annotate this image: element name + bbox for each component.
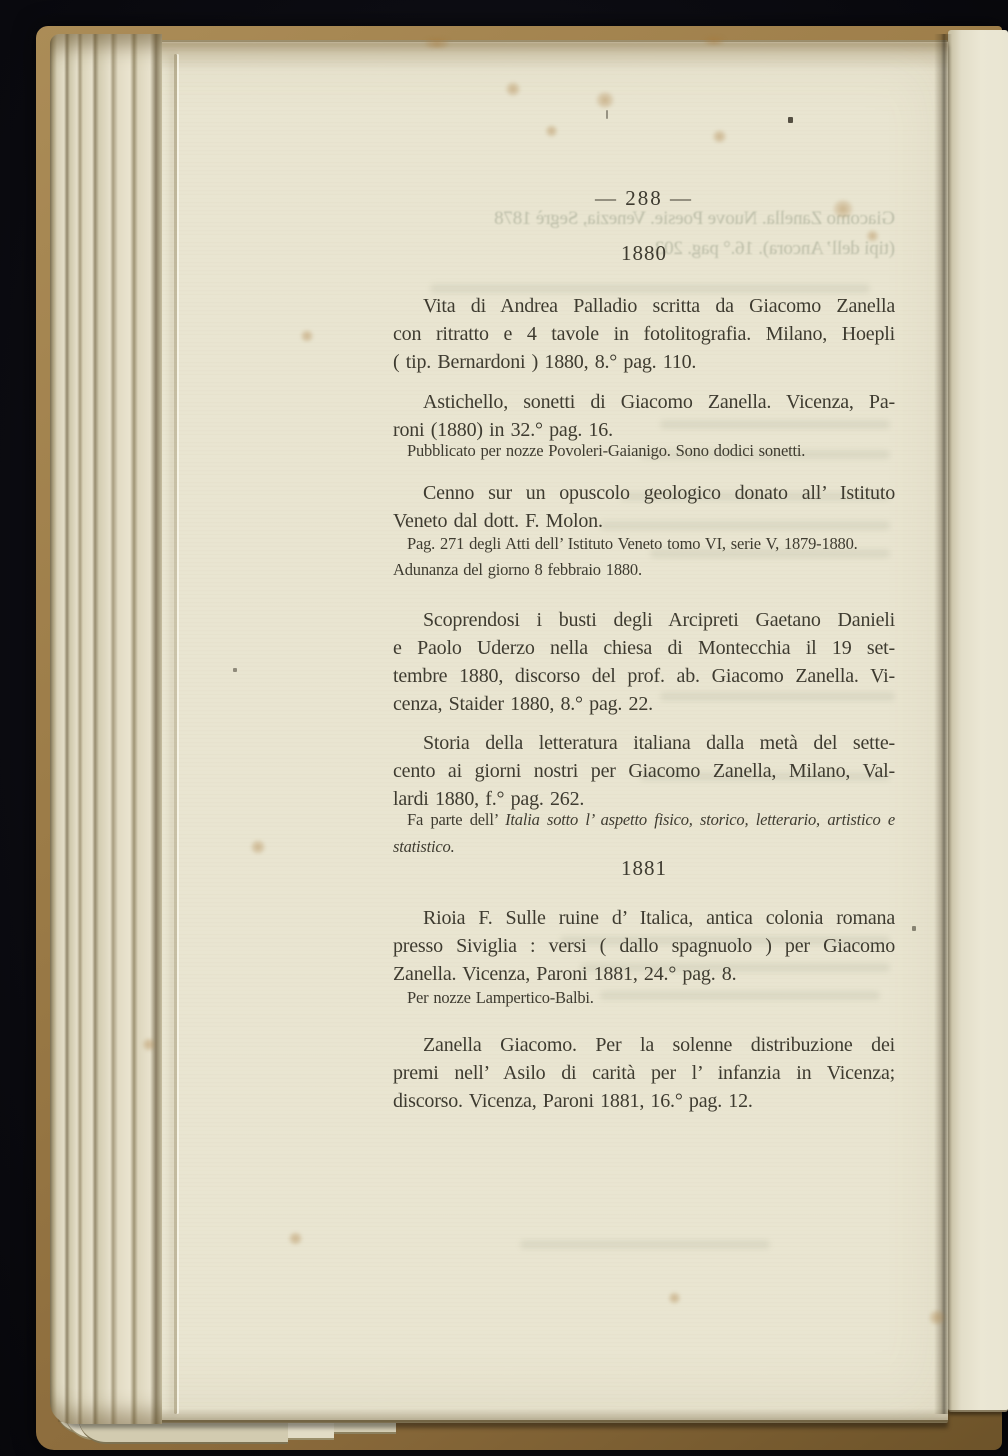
entry-line: con ritratto e 4 tavole in fotolitografi…: [393, 320, 895, 348]
entry-note: Pag. 271 degli Atti dell’ Istituto Venet…: [393, 531, 895, 583]
page-number: — 288 —: [393, 186, 895, 211]
foxing-spot: [668, 1292, 681, 1304]
note-line: Pag. 271 degli Atti dell’ Istituto Venet…: [393, 531, 895, 557]
year-heading-1880: 1880: [393, 241, 895, 266]
year-heading-1881: 1881: [393, 856, 895, 881]
entry-line: Scoprendosi i busti degli Arcipreti Gaet…: [393, 606, 895, 634]
foxing-spot: [142, 1038, 156, 1051]
ink-speck: [233, 668, 237, 672]
foxing-spot: [420, 38, 454, 48]
entry-line: Cenno sur un opuscolo geologico donato a…: [393, 479, 895, 507]
ink-speck: [912, 926, 916, 931]
foxing-spot: [928, 1310, 946, 1325]
entry-line: cento ai giorni nostri per Giacomo Zanel…: [393, 757, 895, 785]
foxing-spot: [505, 82, 521, 96]
foxing-spot: [300, 330, 314, 342]
entry-line: e Paolo Uderzo nella chiesa di Montecchi…: [393, 634, 895, 662]
foxing-spot: [545, 125, 558, 137]
next-page-edge: [948, 30, 1008, 1412]
entry-line: discorso. Vicenza, Paroni 1881, 16.° pag…: [393, 1087, 895, 1115]
bibliography-entry: Zanella Giacomo. Per la solenne distribu…: [393, 1031, 895, 1115]
entry-note: Fa parte dell’ Italia sotto l’ aspetto f…: [393, 806, 895, 860]
bibliography-entry: Storia della letteratura italiana dalla …: [393, 729, 895, 813]
note-text: Fa parte dell’: [407, 810, 505, 829]
foxing-spot: [250, 840, 266, 854]
foxing-spot: [712, 130, 727, 143]
bibliography-entry: Astichello, sonetti di Giacomo Zanella. …: [393, 388, 895, 444]
ink-speck: [788, 117, 793, 123]
entry-line: premi nell’ Asilo di carità per l’ infan…: [393, 1059, 895, 1087]
note-line: Per nozze Lampertico-Balbi.: [393, 985, 895, 1011]
torn-deckle-edge: [174, 54, 177, 1414]
entry-line: tembre 1880, discorso del prof. ab. Giac…: [393, 662, 895, 690]
entry-line: Storia della letteratura italiana dalla …: [393, 729, 895, 757]
entry-line: Astichello, sonetti di Giacomo Zanella. …: [393, 388, 895, 416]
entry-line: Zanella. Vicenza, Paroni 1881, 24.° pag.…: [393, 960, 895, 988]
entry-note: Pubblicato per nozze Povoleri-Gaianigo. …: [393, 438, 895, 464]
page-stack-left-edges: [50, 34, 162, 1424]
entry-line: Rioia F. Sulle ruine d’ Italica, antica …: [393, 904, 895, 932]
note-line: Pubblicato per nozze Povoleri-Gaianigo. …: [393, 438, 895, 464]
entry-line: cenza, Staider 1880, 8.° pag. 22.: [393, 690, 895, 718]
gutter-shadow: [934, 34, 952, 1414]
note-line: Adunanza del giorno 8 febbraio 1880.: [393, 557, 895, 583]
entry-line: Zanella Giacomo. Per la solenne distribu…: [393, 1031, 895, 1059]
foxing-spot: [700, 36, 728, 45]
foxing-spot: [288, 1232, 303, 1245]
ink-speck: [606, 110, 608, 119]
entry-line: Vita di Andrea Palladio scritta da Giaco…: [393, 292, 895, 320]
entry-line: ( tip. Bernardoni ) 1880, 8.° pag. 110.: [393, 348, 895, 376]
bibliography-entry: Cenno sur un opuscolo geologico donato a…: [393, 479, 895, 535]
foxing-spot: [595, 92, 615, 108]
bibliography-entry: Scoprendosi i busti degli Arcipreti Gaet…: [393, 606, 895, 718]
bibliography-entry: Vita di Andrea Palladio scritta da Giaco…: [393, 292, 895, 376]
entry-note: Per nozze Lampertico-Balbi.: [393, 985, 895, 1011]
bleedthrough-text: Giacomo Zanella. Nuove Poesie. Venezia, …: [393, 208, 895, 230]
bibliography-entry: Rioia F. Sulle ruine d’ Italica, antica …: [393, 904, 895, 988]
photographed-book-scene: Giacomo Zanella. Nuove Poesie. Venezia, …: [0, 0, 1008, 1456]
bleedthrough-streak: [520, 1240, 770, 1249]
entry-line: presso Siviglia : versi ( dallo spagnuol…: [393, 932, 895, 960]
